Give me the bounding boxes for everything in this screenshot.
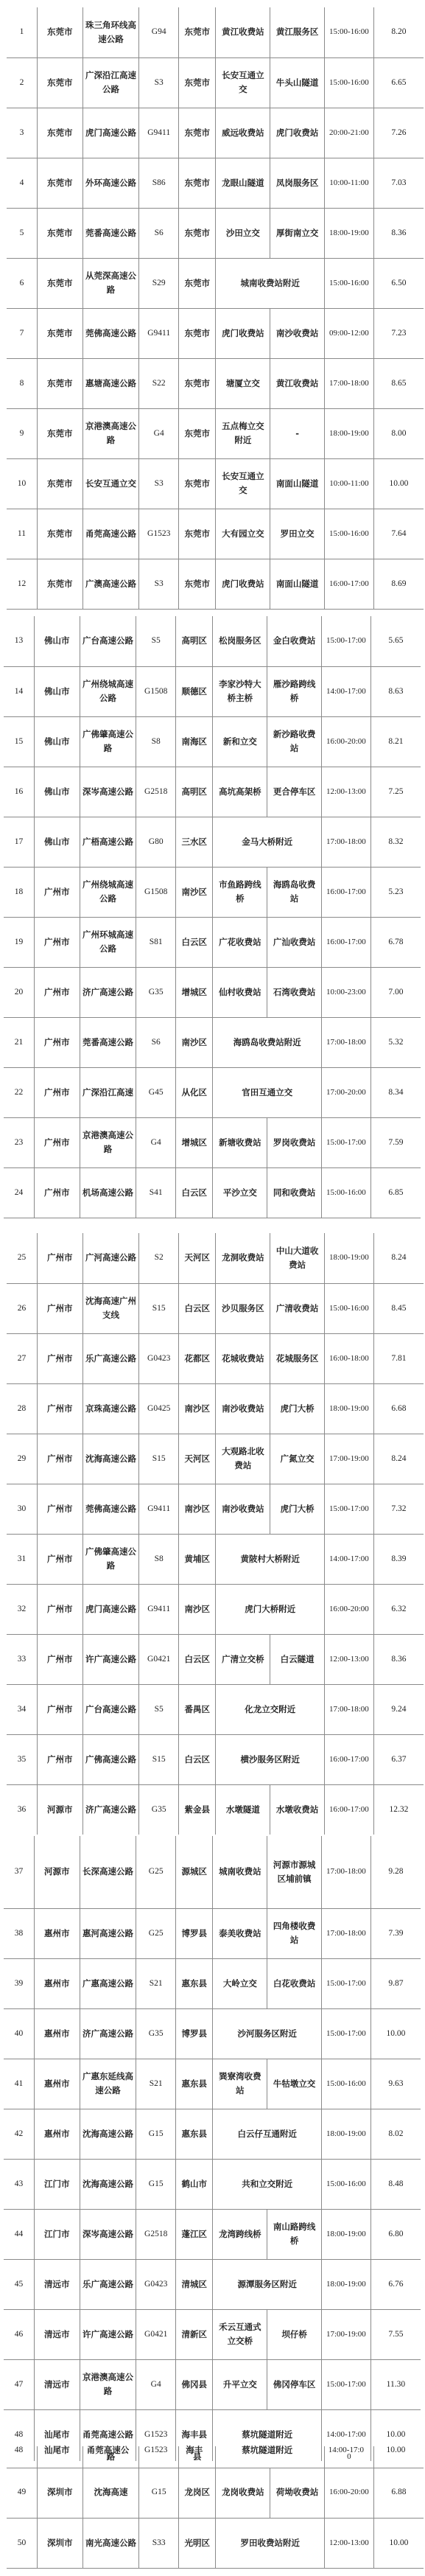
end-point-cell: 广清收费站 [270,1283,325,1333]
time-period-cell: 12:00-13:00 [325,1634,374,1684]
table-row: 12东莞市广澳高速公路S3东莞市虎门收费站南面山隧道16:00-17:008.6… [7,559,424,609]
table-row: 7东莞市莞佛高速公路G9411东莞市虎门收费站南沙收费站09:00-12:007… [7,308,424,358]
road-name-cell: 甬莞高速公路 [82,509,139,559]
time-period-cell: 10:00-23:00 [322,967,371,1017]
congestion-table: 37河源市长深高速公路G25源城区城南收费站河源市源城区埔前镇17:00-18:… [4,1836,421,2460]
district-cell: 增城区 [175,967,213,1017]
start-point-cell: 长安互通立交 [216,57,270,108]
road-code-cell-continued [139,2446,179,2468]
location-cell: 城南收费站附近 [216,258,325,308]
row-number: 22 [4,1067,34,1117]
road-code-cell: S81 [136,917,176,967]
table-row: 33广州市许广高速公路G0421白云区广清立交桥白云隧道12:00-13:008… [7,1634,424,1684]
row-number: 19 [4,917,34,967]
end-point-cell: 广氮立交 [270,1434,325,1484]
start-point-cell: 沙贝服务区 [216,1283,270,1333]
time-period-cell: 15:00-17:00 [322,1117,371,1167]
district-cell: 天河区 [178,1233,216,1283]
time-period-cell: 17:00-19:00 [325,1434,374,1484]
road-code-cell: S3 [139,57,179,108]
row-number: 13 [4,616,34,666]
end-point-cell: 南面山隧道 [270,458,325,509]
road-name-cell-continued: 路 [82,2446,139,2468]
road-code-cell: G0421 [139,1634,179,1684]
row-number: 34 [7,1684,37,1734]
district-cell: 鹤山市 [175,2159,213,2209]
district-cell: 惠东县 [175,2059,213,2109]
city-cell: 广州市 [37,1283,82,1333]
time-period-cell: 14:00-17:00 [322,666,371,716]
index-value-cell: 7.00 [370,967,421,1017]
city-cell: 广州市 [37,1734,82,1784]
road-code-cell: G4 [136,2359,176,2409]
index-value-cell: 6.68 [373,1383,424,1434]
road-name-cell: 广深沿江高速 [80,1067,136,1117]
district-cell: 龙岗区 [178,2468,216,2518]
road-code-cell: G1508 [136,867,176,917]
start-point-cell: 泰美收费站 [213,1908,267,1958]
road-name-cell: 广河高速公路 [82,1233,139,1283]
row-number: 44 [4,2209,34,2259]
start-point-cell: 新塘收费站 [213,1117,267,1167]
city-cell: 广州市 [34,1067,80,1117]
city-cell: 广州市 [34,917,80,967]
index-value-cell: 7.81 [373,1333,424,1383]
road-name-cell: 珠三角环线高速公路 [82,7,139,57]
road-name-cell: 长安互通立交 [82,458,139,509]
road-code-cell: G9411 [139,1584,179,1634]
table-row: 32广州市虎门高速公路G9411南沙区虎门大桥附近16:00-20:006.32 [7,1584,424,1634]
start-point-cell: 五点梅立交附近 [216,408,270,458]
district-cell: 东莞市 [178,158,216,208]
city-cell: 广州市 [37,1233,82,1283]
road-name-cell: 沈海高速广州支线 [82,1283,139,1333]
district-cell: 东莞市 [178,358,216,408]
table-row: 5东莞市莞番高速公路S6东莞市沙田立交厚街南立交18:00-19:008.36 [7,208,424,258]
time-period-cell: 17:00-19:00 [322,2309,371,2359]
road-name-cell: 乐广高速公路 [80,2259,136,2309]
row-number: 20 [4,967,34,1017]
road-name-cell: 许广高速公路 [80,2309,136,2359]
row-number: 29 [7,1434,37,1484]
table-row: 24广州市机场高速公路S41白云区平沙立交同和收费站15:00-16:006.8… [4,1167,421,1218]
district-cell: 东莞市 [178,258,216,308]
row-number: 10 [7,458,37,509]
table-row: 38惠州市惠河高速公路G25博罗县泰美收费站四角楼收费站17:00-18:007… [4,1908,421,1958]
road-name-cell: 虎门高速公路 [82,1584,139,1634]
table-row: 1东莞市珠三角环线高速公路G94东莞市黄江收费站黄江服务区15:00-16:00… [7,7,424,57]
road-name-cell: 沈海高速公路 [82,1434,139,1484]
index-value-cell: 9.87 [370,1958,421,2008]
time-period-cell: 15:00-16:00 [322,2159,371,2209]
district-cell: 博罗县 [175,2008,213,2059]
city-cell: 河源市 [34,1836,80,1908]
row-number: 23 [4,1117,34,1167]
district-cell: 花都区 [178,1333,216,1383]
road-name-cell: 广台高速公路 [80,616,136,666]
table-row: 23广州市京港澳高速公路G4增城区新塘收费站罗岗收费站15:00-17:007.… [4,1117,421,1167]
start-point-cell: 新和立交 [213,716,267,767]
time-period-cell: 18:00-19:00 [325,208,374,258]
index-value-cell: 6.37 [373,1734,424,1784]
table-row: 15佛山市广佛肇高速公路S8南海区新和立交新沙路收费站16:00-20:008.… [4,716,421,767]
road-code-cell: S2 [139,1233,179,1283]
road-code-cell: G35 [136,967,176,1017]
time-period-cell: 15:00-16:00 [325,258,374,308]
location-cell: 罗田收费站附近 [216,2518,325,2568]
end-point-cell: 白云隧道 [270,1634,325,1684]
district-cell: 白云区 [178,1283,216,1333]
time-period-cell: 18:00-19:00 [322,2209,371,2259]
row-number: 50 [7,2518,37,2568]
index-value-cell: 10.00 [373,458,424,509]
road-name-cell: 京港澳高速公路 [82,408,139,458]
district-cell: 东莞市 [178,308,216,358]
end-point-cell: 厚街南立交 [270,208,325,258]
city-cell: 东莞市 [37,108,82,158]
district-cell: 东莞市 [178,108,216,158]
road-name-cell: 惠河高速公路 [80,1908,136,1958]
city-cell: 惠州市 [34,2008,80,2059]
city-cell-continued [37,2446,82,2468]
row-number-continued [7,2446,37,2468]
road-name-cell: 莞佛高速公路 [82,308,139,358]
city-cell: 广州市 [37,1434,82,1484]
index-value-cell: 8.45 [373,1283,424,1333]
time-period-cell: 12:00-13:00 [325,2518,374,2568]
district-cell: 南沙区 [175,867,213,917]
district-cell: 南沙区 [175,1017,213,1067]
start-point-cell: 广清立交桥 [216,1634,270,1684]
time-period-cell: 10:00-11:00 [325,458,374,509]
district-cell: 东莞市 [178,208,216,258]
end-point-cell: 石湾收费站 [267,967,322,1017]
index-value-cell: 6.32 [373,1584,424,1634]
time-period-cell: 15:00-16:00 [325,7,374,57]
index-value-cell: 8.02 [370,2109,421,2159]
city-cell: 东莞市 [37,408,82,458]
time-period-cell: 17:00-18:00 [322,1836,371,1908]
row-number: 2 [7,57,37,108]
road-code-cell: S22 [139,358,179,408]
city-cell: 河源市 [37,1784,82,1835]
index-value-cell: 9.28 [370,1836,421,1908]
time-period-cell: 15:00-16:00 [325,57,374,108]
index-value-cell: 8.24 [373,1434,424,1484]
start-point-cell: 虎门收费站 [216,559,270,609]
end-point-cell: 海鸥岛收费站 [267,867,322,917]
row-number: 14 [4,666,34,716]
index-value-cell: 8.20 [373,7,424,57]
table-row: 28广州市京珠高速公路G0425南沙区南沙收费站虎门大桥18:00-19:006… [7,1383,424,1434]
table-row: 17佛山市广梧高速公路G80三水区金马大桥附近17:00-18:008.32 [4,817,421,867]
road-code-cell: G0421 [136,2309,176,2359]
district-cell: 源城区 [175,1836,213,1908]
end-point-cell: 牛头山隧道 [270,57,325,108]
row-number: 45 [4,2259,34,2309]
road-name-cell: 广州环城高速公路 [80,917,136,967]
row-number: 31 [7,1534,37,1584]
city-cell: 深圳市 [37,2468,82,2518]
time-period-cell: 15:00-16:00 [325,509,374,559]
time-period-cell: 16:00-20:00 [322,716,371,767]
road-code-cell: G2518 [136,2209,176,2259]
index-value-cell: 6.65 [373,57,424,108]
time-period-cell-continued: 0 [325,2446,374,2468]
end-point-cell: 荷坳收费站 [270,2468,325,2518]
start-point-cell: 沙田立交 [216,208,270,258]
road-name-cell: 长深高速公路 [80,1836,136,1908]
road-name-cell: 外环高速公路 [82,158,139,208]
end-point-cell: 四角楼收费站 [267,1908,322,1958]
table-row: 8东莞市惠塘高速公路S22东莞市塘厦立交黄江收费站17:00-18:008.65 [7,358,424,408]
road-name-cell: 广深沿江高速公路 [82,57,139,108]
road-code-cell: G45 [136,1067,176,1117]
row-number: 41 [4,2059,34,2109]
district-cell: 南沙区 [178,1484,216,1534]
index-value-cell: 8.32 [370,817,421,867]
row-number: 6 [7,258,37,308]
district-cell: 惠东县 [175,1958,213,2008]
end-point-cell: 河源市源城区埔前镇 [267,1836,322,1908]
time-period-cell: 20:00-21:00 [325,108,374,158]
index-value-cell: 7.23 [373,308,424,358]
table-row: 27广州市乐广高速公路G0423花都区花城收费站花城服务区16:00-18:00… [7,1333,424,1383]
road-code-cell: S3 [139,559,179,609]
time-period-cell: 09:00-12:00 [325,308,374,358]
road-name-cell: 广州绕城高速公路 [80,666,136,716]
city-cell: 广州市 [37,1484,82,1534]
city-cell: 广州市 [34,867,80,917]
start-point-cell: 水墩隧道 [216,1784,270,1835]
time-period-cell: 18:00-19:00 [322,2259,371,2309]
road-name-cell: 沈海高速公路 [80,2109,136,2159]
district-cell: 惠东县 [175,2109,213,2159]
end-point-cell: 坝仔桥 [267,2309,322,2359]
table-row: 3东莞市虎门高速公路G9411东莞市威远收费站虎门收费站20:00-21:007… [7,108,424,158]
end-point-cell: 南山路跨线桥 [267,2209,322,2259]
index-value-cell: 6.85 [370,1167,421,1218]
city-cell: 广州市 [37,1684,82,1734]
end-point-cell: 白花收费站 [267,1958,322,2008]
district-cell: 白云区 [175,1167,213,1218]
row-number: 30 [7,1484,37,1534]
index-value-cell: 7.32 [373,1484,424,1534]
start-point-cell: 禾云互通式立交桥 [213,2309,267,2359]
table-row: 49深圳市沈海高速G15龙岗区龙岗收费站荷坳收费站16:00-20:006.88 [7,2468,424,2518]
district-cell: 佛冈县 [175,2359,213,2409]
city-cell: 惠州市 [34,1958,80,2008]
table-row: 42惠州市沈海高速公路G15惠东县白云仔互通附近18:00-19:008.02 [4,2109,421,2159]
table-row: 2东莞市广深沿江高速公路S3东莞市长安互通立交牛头山隧道15:00-16:006… [7,57,424,108]
row-number: 36 [7,1784,37,1835]
time-period-cell: 15:00-17:00 [322,2008,371,2059]
end-point-cell: 牛牯墩立交 [267,2059,322,2109]
index-value-cell: 11.30 [370,2359,421,2409]
index-value-cell: 5.23 [370,867,421,917]
time-period-cell: 16:00-20:00 [325,1584,374,1634]
end-point-cell: 黄江服务区 [270,7,325,57]
index-value-cell: 10.00 [373,2518,424,2568]
start-point-cell: 大有园立交 [216,509,270,559]
district-cell: 东莞市 [178,57,216,108]
district-cell: 南沙区 [178,1584,216,1634]
city-cell: 广州市 [34,967,80,1017]
index-value-cell: 8.34 [370,1067,421,1117]
location-cell-continued [216,2446,325,2468]
road-name-cell: 沈海高速 [82,2468,139,2518]
index-value-cell: 8.21 [370,716,421,767]
district-cell: 番禺区 [178,1684,216,1734]
road-code-cell: G1508 [136,666,176,716]
row-number: 24 [4,1167,34,1218]
table-row: 22广州市广深沿江高速G45从化区官田互通立交17:00-20:008.34 [4,1067,421,1117]
time-period-cell: 15:00-17:00 [325,1484,374,1534]
time-period-cell: 10:00-11:00 [325,158,374,208]
time-period-cell: 16:00-18:00 [325,1333,374,1383]
district-cell: 天河区 [178,1434,216,1484]
end-point-cell: 南沙收费站 [270,308,325,358]
district-cell: 清城区 [175,2259,213,2309]
road-name-cell: 莞番高速公路 [82,208,139,258]
road-code-cell: G25 [136,1908,176,1958]
end-point-cell: 花城服务区 [270,1333,325,1383]
end-point-cell: 金白收费站 [267,616,322,666]
road-name-cell: 广澳高速公路 [82,559,139,609]
start-point-cell: 长安互通立交 [216,458,270,509]
district-cell: 从化区 [175,1067,213,1117]
congestion-table: 路县0 [7,2446,424,2468]
end-point-cell: 雁沙路跨线桥 [267,666,322,716]
table-row: 路县0 [7,2446,424,2468]
table-row: 31广州市广佛肇高速公路S8黄埔区黄陂村大桥附近14:00-17:008.39 [7,1534,424,1584]
row-number: 26 [7,1283,37,1333]
table-row: 40惠州市济广高速公路G35博罗县沙河服务区附近15:00-17:0010.00 [4,2008,421,2059]
time-period-cell: 17:00-18:00 [325,358,374,408]
table-row: 25广州市广河高速公路S2天河区龙洞收费站中山大道收费站18:00-19:008… [7,1233,424,1283]
table-row: 47清远市京港澳高速公路G4佛冈县升平立交佛冈停车区15:00-17:0011.… [4,2359,421,2409]
road-name-cell: 乐广高速公路 [82,1333,139,1383]
row-number: 4 [7,158,37,208]
city-cell: 广州市 [37,1634,82,1684]
end-point-cell: 中山大道收费站 [270,1233,325,1283]
index-value-cell: 7.64 [373,509,424,559]
end-point-cell: 同和收费站 [267,1167,322,1218]
row-number: 49 [7,2468,37,2518]
road-name-cell: 广佛高速公路 [82,1734,139,1784]
city-cell: 广州市 [34,1117,80,1167]
row-number: 1 [7,7,37,57]
road-name-cell: 深岑高速公路 [80,767,136,817]
district-cell: 清新区 [175,2309,213,2359]
index-value-cell: 7.26 [373,108,424,158]
end-point-cell: 罗田立交 [270,509,325,559]
time-period-cell: 17:00-18:00 [322,817,371,867]
city-cell: 东莞市 [37,358,82,408]
city-cell: 东莞市 [37,458,82,509]
road-code-cell: S41 [136,1167,176,1218]
table-row: 29广州市沈海高速公路S15天河区大观路北收费站广氮立交17:00-19:008… [7,1434,424,1484]
index-value-cell: 6.50 [373,258,424,308]
table-row: 19广州市广州环城高速公路S81白云区广花收费站广汕收费站16:00-17:00… [4,917,421,967]
road-code-cell: G80 [136,817,176,867]
end-point-cell: 虎门收费站 [270,108,325,158]
road-name-cell: 莞番高速公路 [80,1017,136,1067]
road-code-cell: G15 [139,2468,179,2518]
table-row: 13佛山市广台高速公路S5高明区松岗服务区金白收费站15:00-17:005.6… [4,616,421,666]
table-row: 41惠州市广惠东延线高速公路S21惠东县巽寮湾收费站牛牯墩立交15:00-16:… [4,2059,421,2109]
time-period-cell: 17:00-20:00 [322,1067,371,1117]
end-point-cell: 罗岗收费站 [267,1117,322,1167]
index-value-cell: 8.65 [373,358,424,408]
index-value-cell: 5.32 [370,1017,421,1067]
road-code-cell: S33 [139,2518,179,2568]
table-row: 37河源市长深高速公路G25源城区城南收费站河源市源城区埔前镇17:00-18:… [4,1836,421,1908]
end-point-cell: 新沙路收费站 [267,716,322,767]
end-point-cell: 虎门大桥 [270,1383,325,1434]
city-cell: 东莞市 [37,559,82,609]
district-cell: 白云区 [175,917,213,967]
table-row: 46清远市许广高速公路G0421清新区禾云互通式立交桥坝仔桥17:00-19:0… [4,2309,421,2359]
index-value-cell: 7.39 [370,1908,421,1958]
road-code-cell: G35 [139,1784,179,1835]
city-cell: 广州市 [37,1534,82,1584]
road-name-cell: 广惠东延线高速公路 [80,2059,136,2109]
road-code-cell: G94 [139,7,179,57]
time-period-cell: 18:00-19:00 [325,1233,374,1283]
road-name-cell: 深岑高速公路 [80,2209,136,2259]
road-code-cell: G0423 [139,1333,179,1383]
row-number: 12 [7,559,37,609]
start-point-cell: 塘厦立交 [216,358,270,408]
index-value-cell: 6.80 [370,2209,421,2259]
table-page-segment: 37河源市长深高速公路G25源城区城南收费站河源市源城区埔前镇17:00-18:… [0,1836,425,2460]
index-value-cell: 8.48 [370,2159,421,2209]
road-code-cell: G2518 [136,767,176,817]
city-cell: 佛山市 [34,817,80,867]
start-point-cell: 大岭立交 [213,1958,267,2008]
city-cell: 清远市 [34,2309,80,2359]
city-cell: 东莞市 [37,57,82,108]
location-cell: 金马大桥附近 [213,817,322,867]
district-cell: 顺德区 [175,666,213,716]
end-point-cell: 广汕收费站 [267,917,322,967]
city-cell: 清远市 [34,2259,80,2309]
location-cell: 黄陂村大桥附近 [216,1534,325,1584]
road-code-cell: S29 [139,258,179,308]
time-period-cell: 14:00-17:00 [325,1534,374,1584]
start-point-cell: 黄江收费站 [216,7,270,57]
start-point-cell: 松岗服务区 [213,616,267,666]
city-cell: 佛山市 [34,716,80,767]
district-cell: 蓬江区 [175,2209,213,2259]
city-cell: 广州市 [37,1333,82,1383]
start-point-cell: 龙岗收费站 [216,2468,270,2518]
location-cell: 化龙立交附近 [216,1684,325,1734]
road-code-cell: G15 [136,2159,176,2209]
road-name-cell: 惠塘高速公路 [82,358,139,408]
road-code-cell: S3 [139,458,179,509]
time-period-cell: 17:00-18:00 [322,1017,371,1067]
city-cell: 清远市 [34,2359,80,2409]
start-point-cell: 威远收费站 [216,108,270,158]
time-period-cell: 16:00-17:00 [322,917,371,967]
index-value-cell: 8.00 [373,408,424,458]
row-number: 38 [4,1908,34,1958]
end-point-cell: 黄江收费站 [270,358,325,408]
table-row: 39惠州市广惠高速公路S21惠东县大岭立交白花收费站15:00-17:009.8… [4,1958,421,2008]
city-cell: 东莞市 [37,7,82,57]
